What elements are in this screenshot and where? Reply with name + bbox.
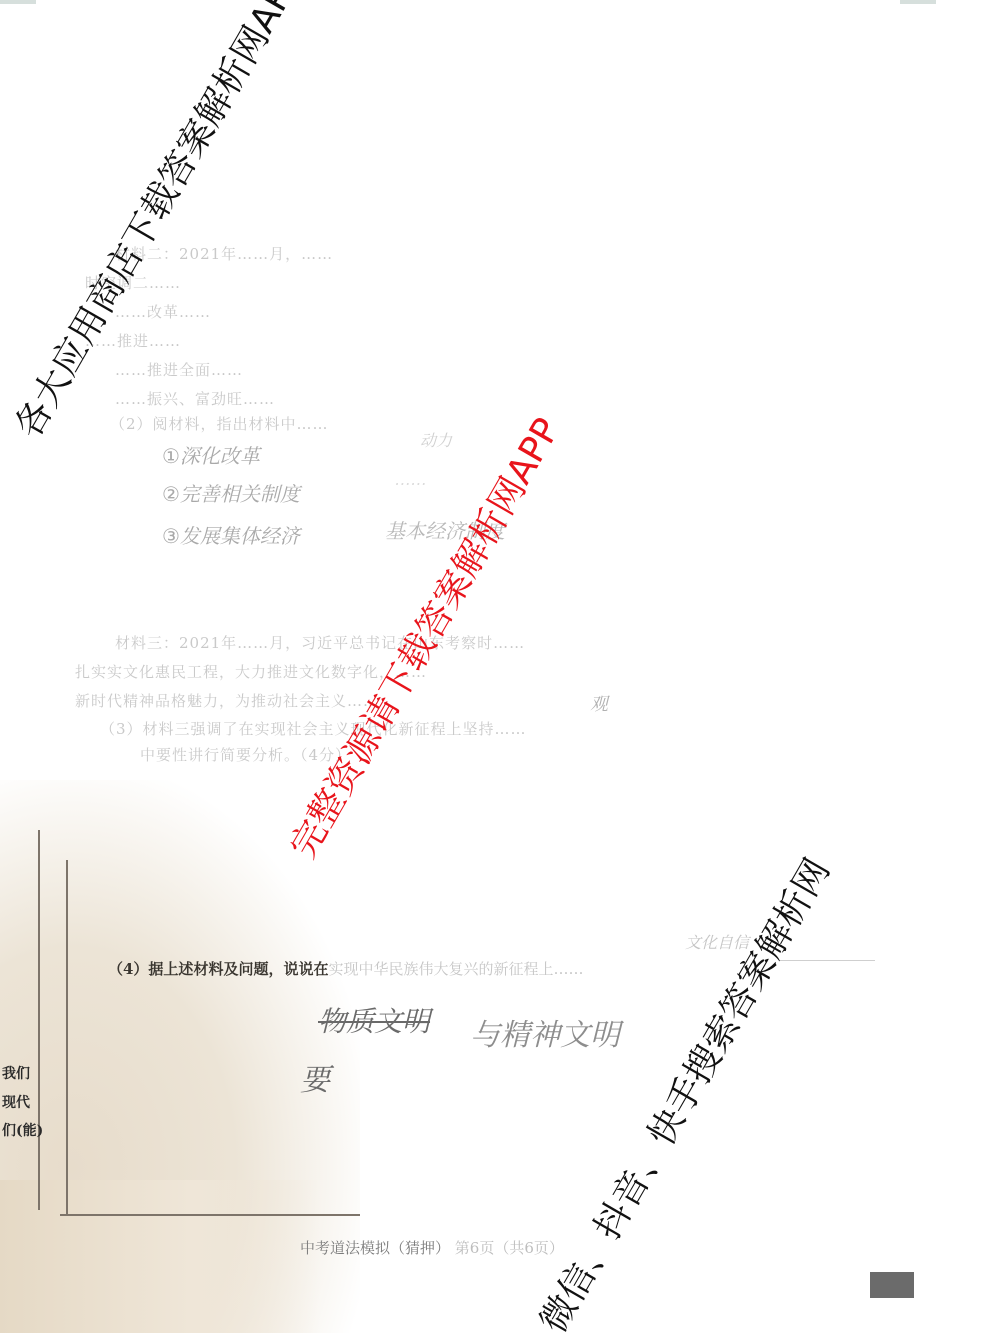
- margin-fragment: 我们: [2, 1063, 30, 1083]
- page-corner-tab: [870, 1272, 914, 1298]
- answer-blank-line: [780, 960, 875, 961]
- footer-title: 中考道法模拟（猜押）: [300, 1239, 450, 1257]
- material-2-line: ……改革……: [115, 301, 211, 322]
- answer-box-left-border: [66, 860, 68, 1215]
- material-2-line: ……振兴、富劲旺……: [115, 388, 275, 409]
- question-4: （4）据上述材料及问题，说说在实现中华民族伟大复兴的新征程上……: [108, 958, 583, 979]
- page-footer: 中考道法模拟（猜押） 第6页（共6页）: [300, 1237, 564, 1258]
- material-3-line: 新时代精神品格魅力，为推动社会主义……: [75, 690, 379, 711]
- margin-fragment: 现代: [2, 1092, 30, 1112]
- question-4-prefix: （4）据上述材料及问题，说说在: [108, 960, 328, 978]
- handwriting-line: 动力: [420, 428, 452, 451]
- material-3-line: 材料三：2021年……月，习近平总书记在山东考察时……: [115, 632, 525, 653]
- material-2-line: ……推进全面……: [115, 359, 243, 380]
- watermark-bottom-right: 微信、抖音、快手搜索答案解析网: [526, 848, 840, 1333]
- margin-fragment: 们(能): [2, 1120, 43, 1140]
- left-margin-border: [38, 830, 40, 1210]
- handwriting-annotation: 观: [590, 690, 608, 716]
- handwriting-line: ①深化改革: [162, 440, 260, 469]
- handwriting-line: ……: [395, 470, 427, 489]
- top-left-corner-mark: [0, 0, 36, 4]
- handwriting-line: ③发展集体经济: [162, 520, 300, 549]
- question-2: （2）阅材料，指出材料中……: [110, 413, 329, 434]
- handwriting-line: 与精神文明: [470, 1010, 620, 1054]
- question-3: （3）材料三强调了在实现社会主义现代化新征程上坚持……: [100, 718, 527, 739]
- answer-box-bottom-border: [60, 1214, 360, 1216]
- handwriting-line: ②完善相关制度: [162, 478, 300, 507]
- handwriting-line: 要: [300, 1055, 330, 1099]
- footer-page-number: 第6页（共6页）: [455, 1239, 564, 1257]
- struck-handwriting: 物质文明: [318, 1000, 430, 1040]
- top-right-corner-mark: [900, 0, 936, 4]
- question-3-cont: 中要性讲行简要分析。（4分）: [140, 744, 351, 765]
- question-4-rest: 实现中华民族伟大复兴的新征程上……: [328, 960, 583, 978]
- paper-shadow-bottom: [0, 1180, 320, 1333]
